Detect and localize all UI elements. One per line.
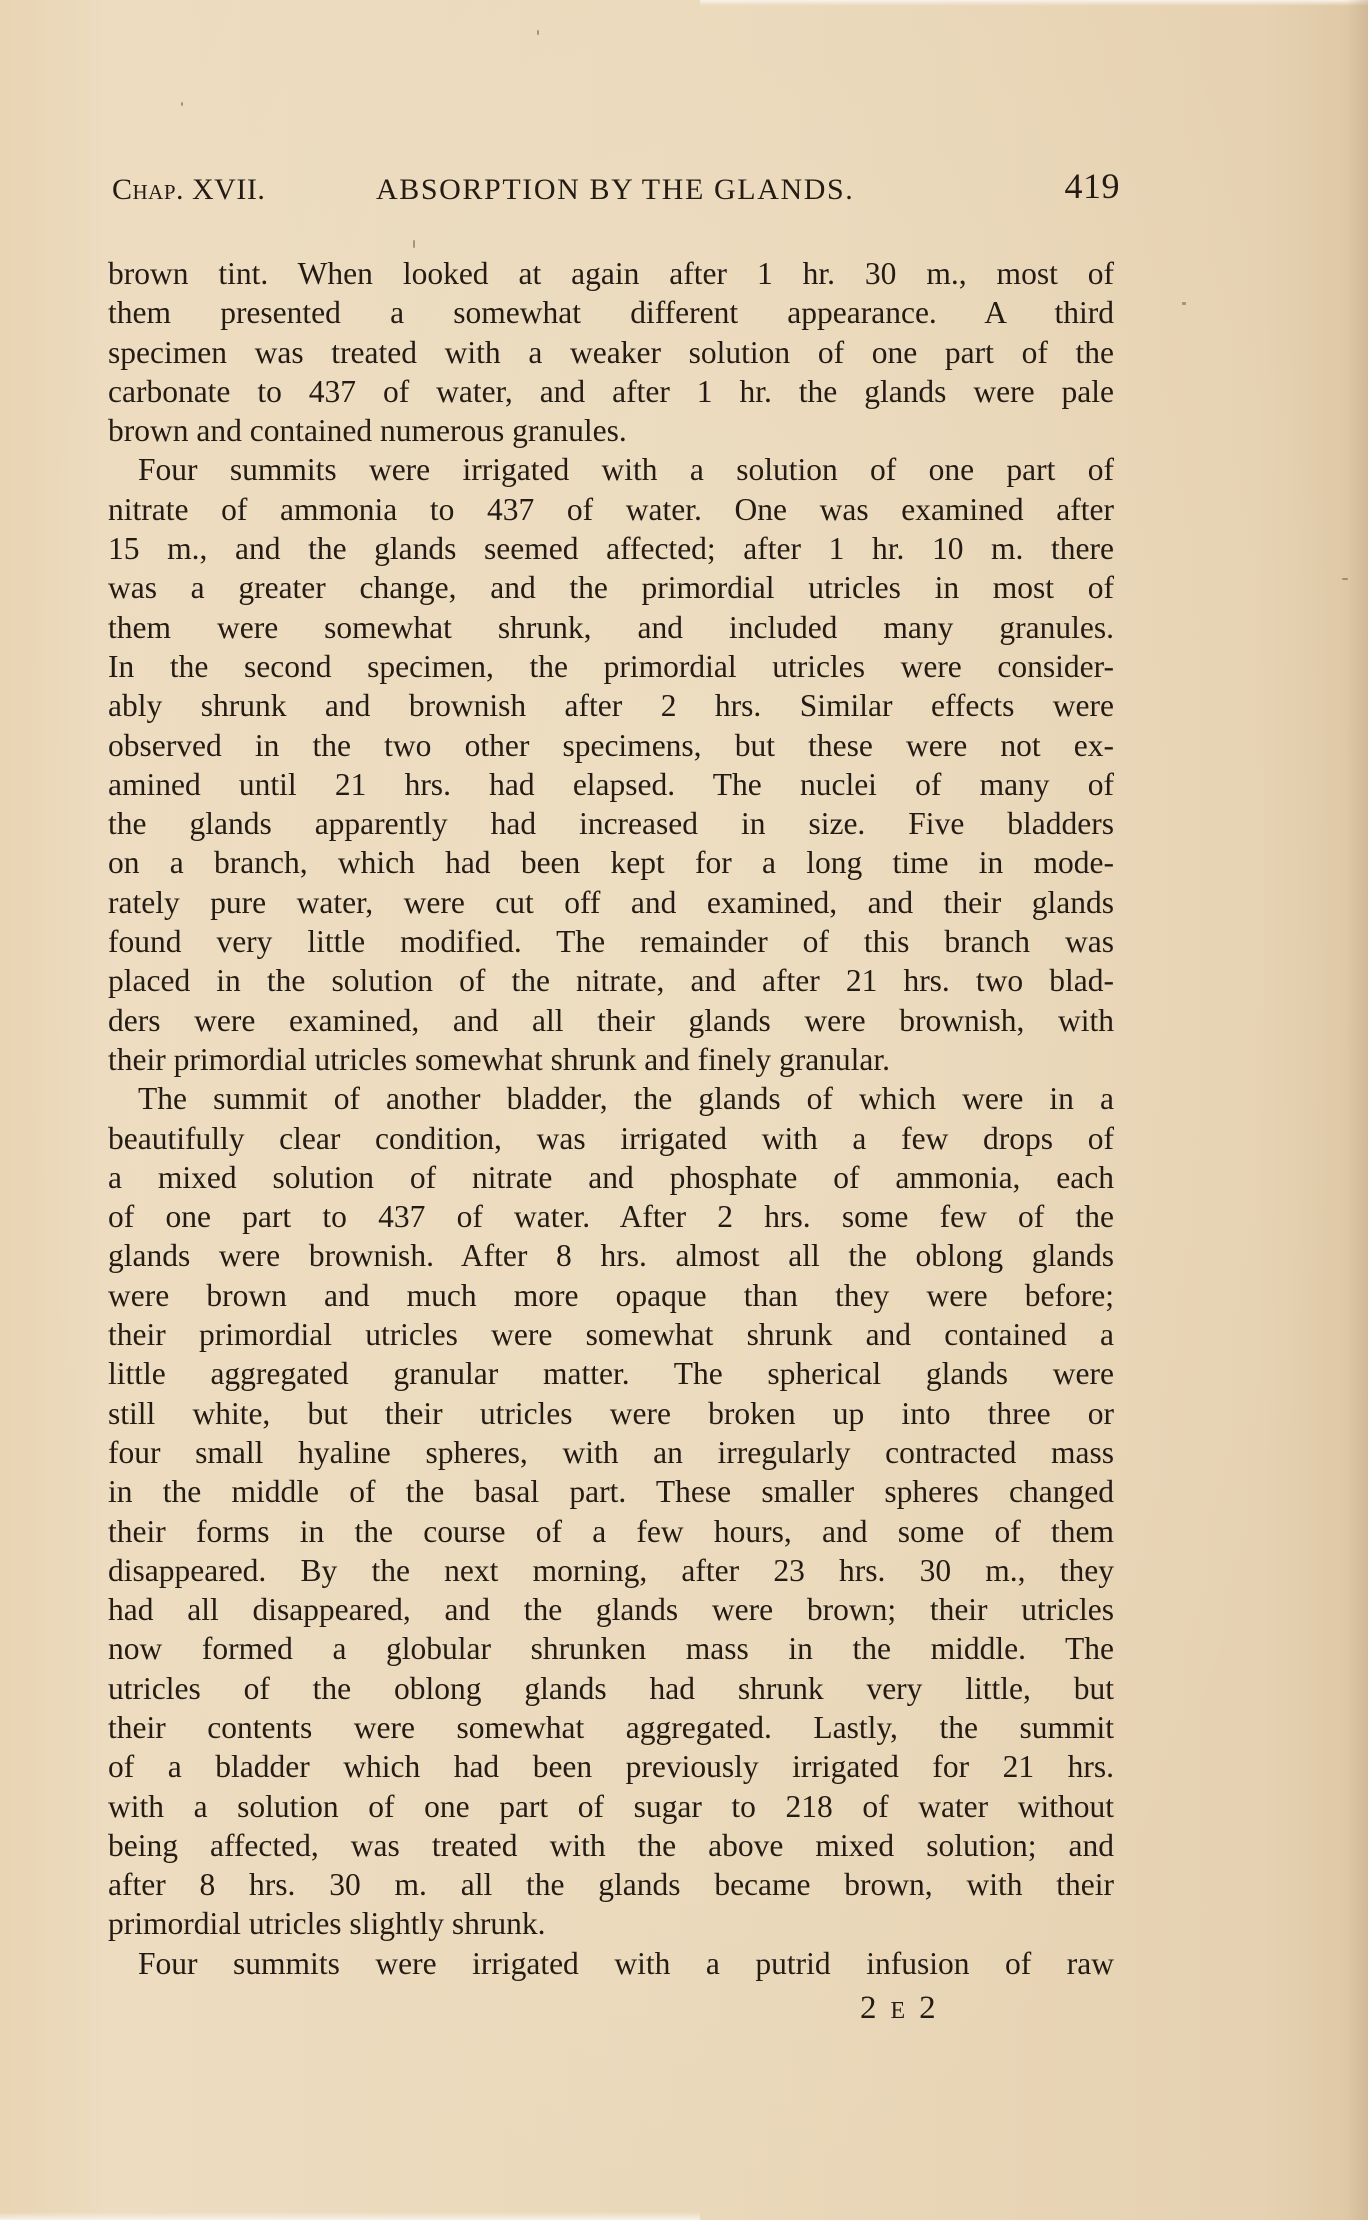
text-line: their forms in the course of a few hours… <box>108 1512 1114 1551</box>
text-line: their contents were somewhat aggregated.… <box>108 1708 1114 1747</box>
text-line: Four summits were irrigated with a solut… <box>108 450 1114 489</box>
signature-middle: E <box>891 1998 920 2024</box>
text-line: was a greater change, and the primordial… <box>108 568 1114 607</box>
text-line: of one part to 437 of water. After 2 hrs… <box>108 1197 1114 1236</box>
text-line: were brown and much more opaque than the… <box>108 1276 1114 1315</box>
text-line: their primordial utricles were somewhat … <box>108 1315 1114 1354</box>
text-line: nitrate of ammonia to 437 of water. One … <box>108 490 1114 529</box>
text-line: now formed a globular shrunken mass in t… <box>108 1629 1114 1668</box>
text-line: still white, but their utricles were bro… <box>108 1394 1114 1433</box>
text-line: with a solution of one part of sugar to … <box>108 1787 1114 1826</box>
text-line: carbonate to 437 of water, and after 1 h… <box>108 372 1114 411</box>
text-line: beautifully clear condition, was irrigat… <box>108 1119 1114 1158</box>
text-line: utricles of the oblong glands had shrunk… <box>108 1669 1114 1708</box>
text-line: In the second specimen, the primordial u… <box>108 647 1114 686</box>
page-edge-right <box>1346 0 1368 2220</box>
text-line: the glands apparently had increased in s… <box>108 804 1114 843</box>
running-title: ABSORPTION BY THE GLANDS. <box>376 168 854 212</box>
paper-speck <box>537 30 539 35</box>
paper-speck <box>413 240 415 248</box>
text-line: specimen was treated with a weaker solut… <box>108 333 1114 372</box>
text-line: in the middle of the basal part. These s… <box>108 1472 1114 1511</box>
signature-right: 2 <box>919 1990 950 2026</box>
running-head: Chap. XVII. ABSORPTION BY THE GLANDS. 41… <box>112 168 1120 212</box>
text-line: four small hyaline spheres, with an irre… <box>108 1433 1114 1472</box>
text-line: brown tint. When looked at again after 1… <box>108 254 1114 293</box>
text-line: found very little modified. The remainde… <box>108 922 1114 961</box>
text-line: after 8 hrs. 30 m. all the glands became… <box>108 1865 1114 1904</box>
text-line: being affected, was treated with the abo… <box>108 1826 1114 1865</box>
text-line: on a branch, which had been kept for a l… <box>108 843 1114 882</box>
text-line: a mixed solution of nitrate and phosphat… <box>108 1158 1114 1197</box>
text-line: primordial utricles slightly shrunk. <box>108 1904 1114 1943</box>
text-line: placed in the solution of the nitrate, a… <box>108 961 1114 1000</box>
paper-speck <box>1342 578 1348 580</box>
page-edge-top <box>700 0 1368 6</box>
text-line: of a bladder which had been previously i… <box>108 1747 1114 1786</box>
text-line: ders were examined, and all their glands… <box>108 1001 1114 1040</box>
paper-speck <box>1182 302 1186 305</box>
text-line: rately pure water, were cut off and exam… <box>108 883 1114 922</box>
text-line: disappeared. By the next morning, after … <box>108 1551 1114 1590</box>
text-line: little aggregated granular matter. The s… <box>108 1354 1114 1393</box>
printer-signature: 2E2 <box>860 1990 950 2027</box>
text-line: them presented a somewhat different appe… <box>108 293 1114 332</box>
page-edge-bottom <box>0 2212 700 2220</box>
text-line: observed in the two other specimens, but… <box>108 726 1114 765</box>
text-line: The summit of another bladder, the gland… <box>108 1079 1114 1118</box>
text-line: brown and contained numerous granules. <box>108 411 1114 450</box>
page-number: 419 <box>1065 164 1121 208</box>
body-text: brown tint. When looked at again after 1… <box>108 254 1114 1983</box>
text-line: Four summits were irrigated with a putri… <box>108 1944 1114 1983</box>
text-line: their primordial utricles somewhat shrun… <box>108 1040 1114 1079</box>
text-line: 15 m., and the glands seemed affected; a… <box>108 529 1114 568</box>
text-line: glands were brownish. After 8 hrs. almos… <box>108 1236 1114 1275</box>
signature-left: 2 <box>860 1990 891 2026</box>
chapter-label: Chap. XVII. <box>112 168 265 212</box>
text-line: had all disappeared, and the glands were… <box>108 1590 1114 1629</box>
book-page: Chap. XVII. ABSORPTION BY THE GLANDS. 41… <box>0 0 1368 2220</box>
text-line: them were somewhat shrunk, and included … <box>108 608 1114 647</box>
text-line: amined until 21 hrs. had elapsed. The nu… <box>108 765 1114 804</box>
text-line: ably shrunk and brownish after 2 hrs. Si… <box>108 686 1114 725</box>
paper-speck <box>181 102 183 106</box>
